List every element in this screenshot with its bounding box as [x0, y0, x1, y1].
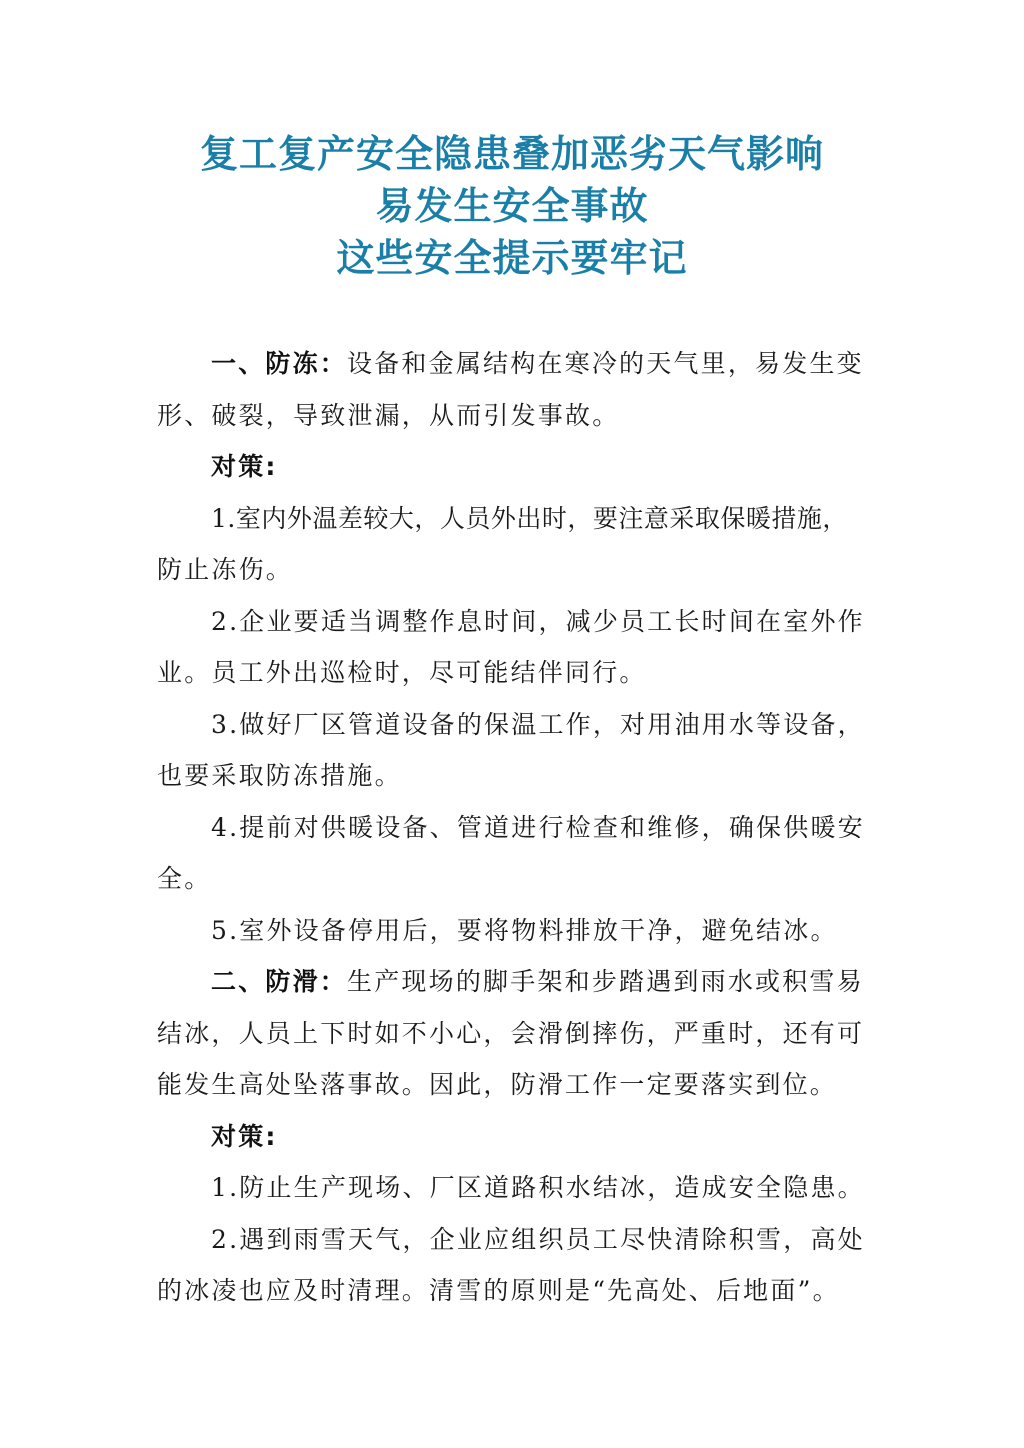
- section-2-measures-label: 对策:: [157, 1111, 869, 1163]
- title-line-3: 这些安全提示要牢记: [0, 232, 1024, 284]
- measure-2-2: 2.遇到雨雪天气，企业应组织员工尽快清除积雪，高处: [157, 1214, 869, 1266]
- section-1-intro-text: 设备和金属结构在寒冷的天气里，易发生变: [347, 349, 864, 378]
- section-2-intro-cont-2: 能发生高处坠落事故。因此，防滑工作一定要落实到位。: [157, 1059, 869, 1111]
- title-line-2: 易发生安全事故: [0, 180, 1024, 232]
- measure-1-3: 3.做好厂区管道设备的保温工作，对用油用水等设备，: [157, 699, 869, 751]
- measure-1-4-cont: 全。: [157, 853, 869, 905]
- measure-1-2-cont: 业。员工外出巡检时，尽可能结伴同行。: [157, 647, 869, 699]
- section-1-intro-cont: 形、破裂，导致泄漏，从而引发事故。: [157, 390, 869, 442]
- document-body: 一、防冻：设备和金属结构在寒冷的天气里，易发生变 形、破裂，导致泄漏，从而引发事…: [157, 338, 869, 1317]
- measure-2-1: 1.防止生产现场、厂区道路积水结冰，造成安全隐患。: [157, 1162, 869, 1214]
- section-1-measures-label: 对策:: [157, 441, 869, 493]
- section-1-intro: 一、防冻：设备和金属结构在寒冷的天气里，易发生变: [157, 338, 869, 390]
- section-2-intro-text: 生产现场的脚手架和步踏遇到雨水或积雪易: [347, 967, 864, 996]
- measure-1-1-cont: 防止冻伤。: [157, 544, 869, 596]
- measure-1-3-cont: 也要采取防冻措施。: [157, 750, 869, 802]
- section-2-intro: 二、防滑：生产现场的脚手架和步踏遇到雨水或积雪易: [157, 956, 869, 1008]
- measure-1-1: 1.室内外温差较大，人员外出时，要注意采取保暖措施，: [157, 493, 869, 545]
- measure-1-5: 5.室外设备停用后，要将物料排放干净，避免结冰。: [157, 905, 869, 957]
- document-page: 复工复产安全隐患叠加恶劣天气影响 易发生安全事故 这些安全提示要牢记 一、防冻：…: [0, 0, 1024, 1448]
- measure-1-2: 2.企业要适当调整作息时间，减少员工长时间在室外作: [157, 596, 869, 648]
- measure-2-2-cont: 的冰凌也应及时清理。清雪的原则是“先高处、后地面”。: [157, 1265, 869, 1317]
- section-2-heading: 二、防滑：: [211, 967, 347, 996]
- section-1-heading: 一、防冻：: [211, 349, 347, 378]
- title-line-1: 复工复产安全隐患叠加恶劣天气影响: [0, 128, 1024, 180]
- section-2-intro-cont-1: 结冰，人员上下时如不小心，会滑倒摔伤，严重时，还有可: [157, 1008, 869, 1060]
- measure-1-4: 4.提前对供暖设备、管道进行检查和维修，确保供暖安: [157, 802, 869, 854]
- document-title: 复工复产安全隐患叠加恶劣天气影响 易发生安全事故 这些安全提示要牢记: [0, 128, 1024, 284]
